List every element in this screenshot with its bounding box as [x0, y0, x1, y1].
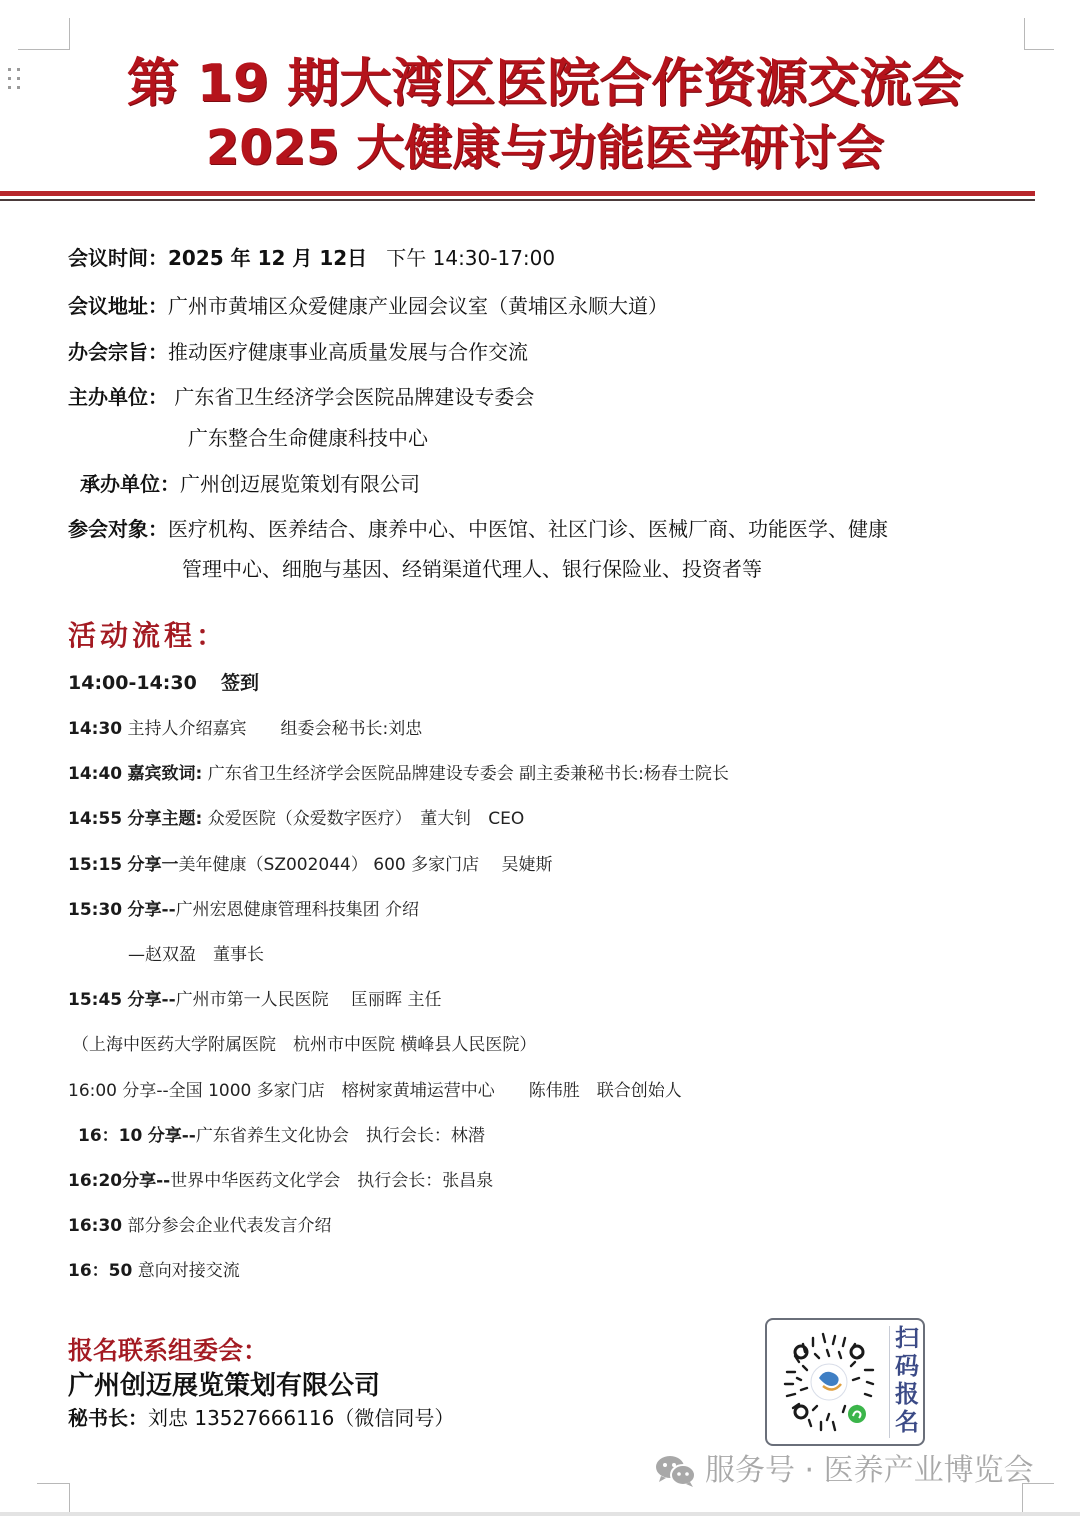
audience-line-1: 医疗机构、医养结合、康养中心、中医馆、社区门诊、医械厂商、功能医学、健康 [168, 517, 888, 541]
schedule-text: 主持人介绍嘉宾 组委会秘书长:刘忠 [128, 719, 423, 739]
schedule-text: 广州宏恩健康管理科技集团 介绍 [176, 900, 419, 920]
schedule-time: 15:45 [68, 990, 122, 1010]
schedule-item: 15:30 分享--广州宏恩健康管理科技集团 介绍 [68, 897, 419, 923]
meeting-address-value: 广州市黄埔区众爱健康产业园会议室（黄埔区永顺大道） [168, 294, 668, 318]
meeting-purpose-label: 办会宗旨： [68, 340, 168, 364]
schedule-time: 15:15 [68, 855, 122, 875]
schedule-item: 15:45 分享--广州市第一人民医院 匡丽晖 主任 [68, 987, 441, 1013]
organizer-2: 广东整合生命健康科技中心 [188, 423, 428, 453]
co-organizer-label: 承办单位： [80, 472, 180, 496]
schedule-time: 16:20 [68, 1171, 122, 1191]
schedule-item: 15:15 分享一美年健康（SZ002044） 600 多家门店 吴婕斯 [68, 852, 553, 878]
document-title: 第 19 期大湾区医院合作资源交流会 [0, 52, 1080, 116]
schedule-text: 分享--全国 1000 多家门店 榕树家黄埔运营中心 陈伟胜 联合创始人 [122, 1081, 681, 1101]
meeting-time: 会议时间：2025 年 12 月 12日 下午 14:30-17:00 [68, 243, 555, 273]
audience-label: 参会对象： [68, 517, 168, 541]
contact-secretary: 秘书长：刘忠 13527666116（微信同号） [68, 1403, 454, 1433]
schedule-item: 14:00-14:30 签到 [68, 670, 259, 696]
schedule-bold: 分享-- [122, 1171, 170, 1191]
meeting-purpose-value: 推动医疗健康事业高质量发展与合作交流 [168, 340, 528, 364]
contact-title: 报名联系组委会： [68, 1333, 268, 1369]
schedule-bold: 分享-- [148, 1126, 196, 1146]
schedule-time: 14:55 [68, 809, 122, 829]
page-corner-mark [18, 18, 70, 50]
document-subtitle: 2025 大健康与功能医学研讨会 [0, 118, 1080, 178]
schedule-item: 16:20分享--世界中华医药文化学会 执行会长：张昌泉 [68, 1168, 493, 1194]
schedule-time: 14:00-14:30 [68, 672, 197, 694]
schedule-text: 意向对接交流 [138, 1261, 240, 1281]
meeting-address: 会议地址：广州市黄埔区众爱健康产业园会议室（黄埔区永顺大道） [68, 291, 668, 321]
schedule-text: —赵双盈 董事长 [128, 945, 264, 965]
schedule-item: 16：50 意向对接交流 [68, 1258, 240, 1284]
schedule-time: 16：10 [78, 1126, 142, 1146]
schedule-text: 广东省卫生经济学会医院品牌建设专委会 副主委兼秘书长:杨春士院长 [208, 764, 729, 784]
audience-cont: 管理中心、细胞与基因、经销渠道代理人、银行保险业、投资者等 [182, 554, 762, 584]
organizer-value-2: 广东整合生命健康科技中心 [188, 426, 428, 450]
schedule-item: （上海中医药大学附属医院 杭州市中医院 横峰县人民医院） [72, 1032, 536, 1058]
schedule-bold: 嘉宾致词: [128, 764, 203, 784]
watermark-text: 服务号 · 医养产业博览会 [705, 1450, 1034, 1492]
co-organizer-value: 广州创迈展览策划有限公司 [180, 472, 420, 496]
meeting-address-label: 会议地址： [68, 294, 168, 318]
schedule-text: 美年健康（SZ002044） 600 多家门店 吴婕斯 [179, 855, 553, 875]
schedule-bold: 分享-- [128, 990, 176, 1010]
schedule-item: 16:30 部分参会企业代表发言介绍 [68, 1213, 332, 1239]
schedule-time: 15:30 [68, 900, 122, 920]
header-divider-dark [0, 199, 1035, 201]
schedule-bold: 签到 [221, 672, 259, 694]
contact-company: 广州创迈展览策划有限公司 [68, 1368, 380, 1404]
audience-line-2: 管理中心、细胞与基因、经销渠道代理人、银行保险业、投资者等 [182, 557, 762, 581]
schedule-item: 14:40 嘉宾致词: 广东省卫生经济学会医院品牌建设专委会 副主委兼秘书长:杨… [68, 761, 729, 787]
page-bottom-edge [0, 1512, 1080, 1516]
schedule-bold: 分享一 [128, 855, 179, 875]
qr-registration-card[interactable]: 扫码报名 [765, 1318, 925, 1446]
organizer: 主办单位： 广东省卫生经济学会医院品牌建设专委会 [68, 382, 534, 412]
secretary-label: 秘书长： [68, 1406, 148, 1430]
schedule-item: 14:30 主持人介绍嘉宾 组委会秘书长:刘忠 [68, 716, 422, 742]
schedule-item: 14:55 分享主题: 众爱医院（众爱数字医疗） 董大钊 CEO [68, 806, 524, 832]
schedule-item: 16:00 分享--全国 1000 多家门店 榕树家黄埔运营中心 陈伟胜 联合创… [68, 1078, 682, 1104]
schedule-title: 活动流程： [68, 616, 228, 656]
schedule-text: 广东省养生文化协会 执行会长：林潜 [196, 1126, 485, 1146]
meeting-time-label: 会议时间： [68, 246, 168, 270]
schedule-time: 16:00 [68, 1081, 117, 1101]
header-divider-red [0, 191, 1035, 196]
wechat-icon [655, 1454, 697, 1488]
schedule-time: 16:30 [68, 1216, 122, 1236]
wechat-watermark: 服务号 · 医养产业博览会 [655, 1450, 1034, 1492]
qr-divider [889, 1326, 890, 1438]
schedule-text: 众爱医院（众爱数字医疗） 董大钊 CEO [208, 809, 525, 829]
schedule-item: —赵双盈 董事长 [128, 942, 264, 968]
schedule-time: 16：50 [68, 1261, 132, 1281]
qr-scan-label: 扫码报名 [891, 1324, 923, 1436]
schedule-text: 部分参会企业代表发言介绍 [128, 1216, 332, 1236]
schedule-item: 16：10 分享--广东省养生文化协会 执行会长：林潜 [78, 1123, 485, 1149]
secretary-value: 刘忠 13527666116（微信同号） [148, 1406, 454, 1430]
organizer-value-1: 广东省卫生经济学会医院品牌建设专委会 [174, 385, 534, 409]
schedule-bold: 分享-- [128, 900, 176, 920]
audience: 参会对象：医疗机构、医养结合、康养中心、中医馆、社区门诊、医械厂商、功能医学、健… [68, 514, 888, 544]
meeting-date: 2025 年 12 月 12日 [168, 246, 367, 270]
schedule-text: （上海中医药大学附属医院 杭州市中医院 横峰县人民医院） [72, 1035, 536, 1055]
schedule-time: 14:40 [68, 764, 122, 784]
schedule-text: 世界中华医药文化学会 执行会长：张昌泉 [170, 1171, 493, 1191]
mini-program-qr-icon[interactable] [773, 1326, 885, 1438]
schedule-text: 广州市第一人民医院 匡丽晖 主任 [176, 990, 442, 1010]
meeting-period: 下午 14:30-17:00 [386, 246, 555, 270]
co-organizer: 承办单位：广州创迈展览策划有限公司 [80, 469, 420, 499]
organizer-label: 主办单位： [68, 385, 168, 409]
schedule-time: 14:30 [68, 719, 122, 739]
schedule-bold: 分享主题: [128, 809, 203, 829]
meeting-purpose: 办会宗旨：推动医疗健康事业高质量发展与合作交流 [68, 337, 528, 367]
page-corner-mark [1024, 18, 1054, 50]
